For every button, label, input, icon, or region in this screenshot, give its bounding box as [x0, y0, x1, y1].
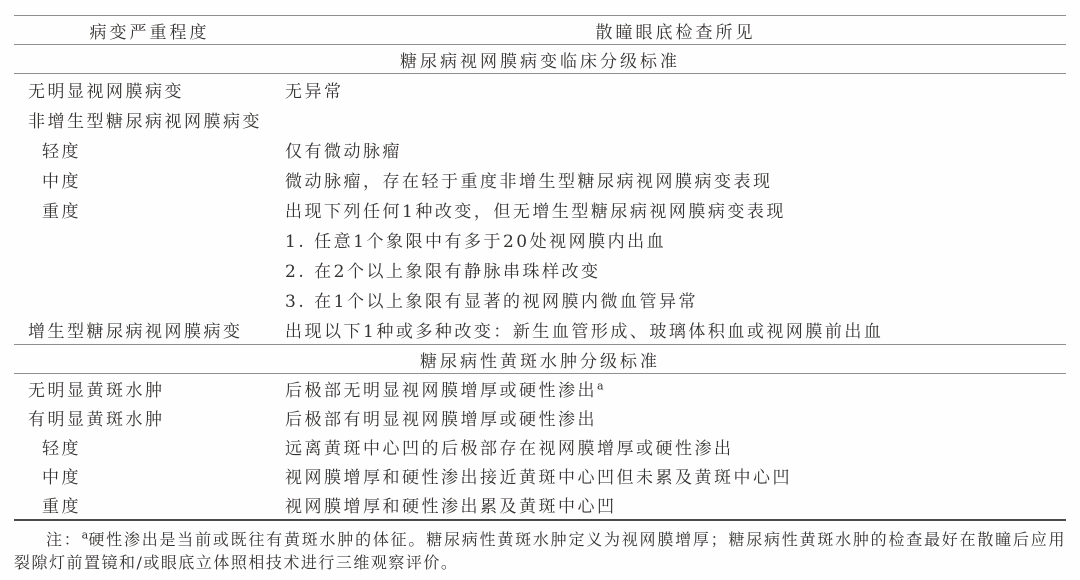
footnote-prefix: 注：	[46, 530, 82, 549]
finding-cell: 出现以下1种或多种改变：新生血管形成、玻璃体积血或视网膜前出血	[285, 317, 1066, 342]
section1-body: 无明显视网膜病变 无异常 非增生型糖尿病视网膜病变 轻度 仅有微动脉瘤 中度 微…	[14, 74, 1066, 344]
finding-cell: 仅有微动脉瘤	[285, 137, 1066, 162]
table-header-row: 病变严重程度 散瞳眼底检查所见	[14, 16, 1066, 44]
finding-cell: 无异常	[285, 77, 1066, 102]
finding-cell: 2. 在2个以上象限有静脉串珠样改变	[285, 257, 1066, 282]
severity-cell: 轻度	[14, 137, 285, 162]
severity-cell: 无明显黄斑水肿	[14, 376, 285, 401]
table-row: 重度 视网膜增厚和硬性渗出累及黄斑中心凹	[14, 490, 1066, 519]
severity-cell: 轻度	[14, 434, 285, 459]
table-row: 1. 任意1个象限中有多于20处视网膜内出血	[14, 224, 1066, 254]
table-row: 3. 在1个以上象限有显著的视网膜内微血管异常	[14, 284, 1066, 314]
table-footnote: 注：a硬性渗出是当前或既往有黄斑水肿的体征。糖尿病性黄斑水肿定义为视网膜增厚；糖…	[14, 529, 1066, 574]
finding-cell: 1. 任意1个象限中有多于20处视网膜内出血	[285, 227, 1066, 252]
table-row: 中度 微动脉瘤，存在轻于重度非增生型糖尿病视网膜病变表现	[14, 164, 1066, 194]
finding-cell: 3. 在1个以上象限有显著的视网膜内微血管异常	[285, 287, 1066, 312]
footnote-text: 硬性渗出是当前或既往有黄斑水肿的体征。糖尿病性黄斑水肿定义为视网膜增厚；糖尿病性…	[14, 530, 1066, 572]
header-severity: 病变严重程度	[14, 18, 285, 43]
table-row: 轻度 远离黄斑中心凹的后极部存在视网膜增厚或硬性渗出	[14, 432, 1066, 461]
table-row: 中度 视网膜增厚和硬性渗出接近黄斑中心凹但未累及黄斑中心凹	[14, 461, 1066, 490]
footnote-marker: a	[597, 379, 604, 392]
severity-cell: 中度	[14, 463, 285, 488]
finding-cell: 微动脉瘤，存在轻于重度非增生型糖尿病视网膜病变表现	[285, 167, 1066, 192]
severity-cell: 中度	[14, 167, 285, 192]
finding-cell: 后极部有明显视网膜增厚或硬性渗出	[285, 405, 1066, 430]
table-row: 轻度 仅有微动脉瘤	[14, 134, 1066, 164]
table-row: 重度 出现下列任何1种改变，但无增生型糖尿病视网膜病变表现	[14, 194, 1066, 224]
finding-cell: 视网膜增厚和硬性渗出接近黄斑中心凹但未累及黄斑中心凹	[285, 463, 1066, 488]
table-row: 非增生型糖尿病视网膜病变	[14, 104, 1066, 134]
section1-title: 糖尿病视网膜病变临床分级标准	[14, 45, 1066, 73]
grading-table: 病变严重程度 散瞳眼底检查所见 糖尿病视网膜病变临床分级标准 无明显视网膜病变 …	[14, 15, 1066, 521]
header-fundus-findings: 散瞳眼底检查所见	[285, 18, 1066, 43]
severity-cell: 无明显视网膜病变	[14, 77, 285, 102]
finding-text: 后极部无明显视网膜增厚或硬性渗出	[285, 381, 597, 401]
section2-title: 糖尿病性黄斑水肿分级标准	[14, 345, 1066, 373]
table-row: 增生型糖尿病视网膜病变 出现以下1种或多种改变：新生血管形成、玻璃体积血或视网膜…	[14, 314, 1066, 344]
section2-body: 无明显黄斑水肿 后极部无明显视网膜增厚或硬性渗出a 有明显黄斑水肿 后极部有明显…	[14, 374, 1066, 519]
table-row: 无明显黄斑水肿 后极部无明显视网膜增厚或硬性渗出a	[14, 374, 1066, 403]
table-bottom-rule	[14, 519, 1066, 521]
table-row: 2. 在2个以上象限有静脉串珠样改变	[14, 254, 1066, 284]
severity-cell: 重度	[14, 492, 285, 517]
severity-cell: 增生型糖尿病视网膜病变	[14, 317, 285, 342]
finding-cell: 远离黄斑中心凹的后极部存在视网膜增厚或硬性渗出	[285, 434, 1066, 459]
finding-cell: 出现下列任何1种改变，但无增生型糖尿病视网膜病变表现	[285, 197, 1066, 222]
severity-cell: 重度	[14, 197, 285, 222]
document-page: 病变严重程度 散瞳眼底检查所见 糖尿病视网膜病变临床分级标准 无明显视网膜病变 …	[0, 0, 1080, 580]
table-row: 无明显视网膜病变 无异常	[14, 74, 1066, 104]
finding-cell: 后极部无明显视网膜增厚或硬性渗出a	[285, 376, 1066, 401]
finding-cell: 视网膜增厚和硬性渗出累及黄斑中心凹	[285, 492, 1066, 517]
table-row: 有明显黄斑水肿 后极部有明显视网膜增厚或硬性渗出	[14, 403, 1066, 432]
severity-cell: 非增生型糖尿病视网膜病变	[14, 107, 285, 132]
severity-cell: 有明显黄斑水肿	[14, 405, 285, 430]
